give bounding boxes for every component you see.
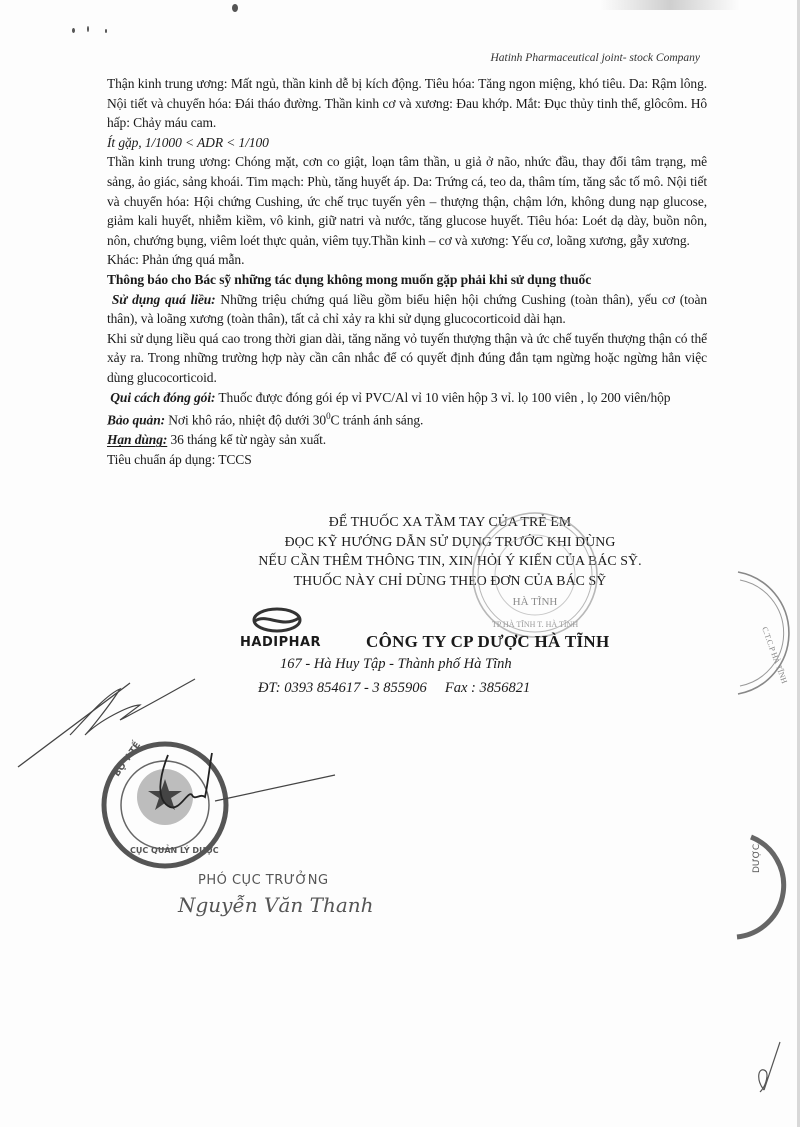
logo-text: HADIPHAR [240,635,330,650]
company-stamp-icon: HÀ TĨNH TP HÀ TĨNH T. HÀ TĨNH [470,510,600,640]
ministry-stamp-top-text: BỘ Y TẾ [110,738,144,779]
other-effects: Khác: Phản ứng quá mẫn. [107,250,707,270]
storage-text: Nơi khô ráo, nhiệt độ dưới 30 [165,413,326,428]
packaging-text: Thuốc được đóng gói ép vỉ PVC/Al vỉ 10 v… [215,390,670,405]
side-stamp-2-icon: DƯỢC [733,833,773,943]
storage-text-end: C tránh ánh sáng. [330,413,423,428]
signoff-name: Nguyễn Văn Thanh [178,893,374,917]
initial-signature-icon [750,1040,785,1100]
manufacturer-name: CÔNG TY CP DƯỢC HÀ TĨNH [366,632,610,652]
notify-doctor-heading: Thông báo cho Bác sỹ những tác dụng khôn… [107,270,707,290]
packaging-label: Qui cách đóng gói: [110,390,215,405]
header-company-name: Hatinh Pharmaceutical joint- stock Compa… [490,52,700,64]
side-stamp-icon: C.T.C.P HÀ TĨNH [730,568,790,698]
company-stamp-text: HÀ TĨNH [513,596,558,608]
storage-label: Bảo quản: [107,413,165,428]
scan-speck [87,26,89,32]
uncommon-effects-paragraph: Thần kinh trung ương: Chóng mặt, cơn co … [107,152,707,250]
hadiphar-logo: HADIPHAR [240,607,330,650]
overdose-paragraph-2: Khi sử dụng liều quá cao trong thời gian… [107,329,707,388]
standard-paragraph: Tiêu chuẩn áp dụng: TCCS [107,450,707,470]
expiry-paragraph: Hạn dùng: 36 tháng kể từ ngày sản xuất. [107,430,707,450]
overdose-label: Sử dụng quá liều: [112,292,216,307]
ministry-stamp-bottom-text: CỤC QUẢN LÝ DƯỢC [130,844,219,855]
expiry-label: Hạn dùng: [107,432,167,447]
manufacturer-phone: ĐT: 0393 854617 - 3 855906 Fax : 3856821 [258,680,530,697]
uncommon-heading: Ít gặp, 1/1000 < ADR < 1/100 [107,133,707,153]
scan-smudge [600,0,740,10]
signoff-title: PHÓ CỤC TRƯỞNG [198,873,329,888]
scan-speck [232,4,238,12]
ministry-stamp-icon: BỘ Y TẾ CỤC QUẢN LÝ DƯỢC [100,735,340,885]
side-stamp-2-text: DƯỢC [752,844,762,873]
expiry-text: 36 tháng kể từ ngày sản xuất. [167,432,326,447]
leaflet-body: Thận kinh trung ương: Mất ngủ, thần kinh… [107,74,707,469]
scan-speck [72,28,75,33]
packaging-paragraph: Qui cách đóng gói: Thuốc được đóng gói é… [107,388,707,408]
hadiphar-swoosh-icon [252,607,302,633]
overdose-paragraph: Sử dụng quá liều: Những triệu chứng quá … [107,290,707,329]
manufacturer-address: 167 - Hà Huy Tập - Thành phố Hà Tĩnh [280,656,512,673]
company-stamp-ring-text: TP HÀ TĨNH T. HÀ TĨNH [492,619,578,629]
common-effects-paragraph: Thận kinh trung ương: Mất ngủ, thần kinh… [107,74,707,133]
scan-speck [105,29,107,33]
storage-paragraph: Bảo quản: Nơi khô ráo, nhiệt độ dưới 300… [107,407,707,430]
